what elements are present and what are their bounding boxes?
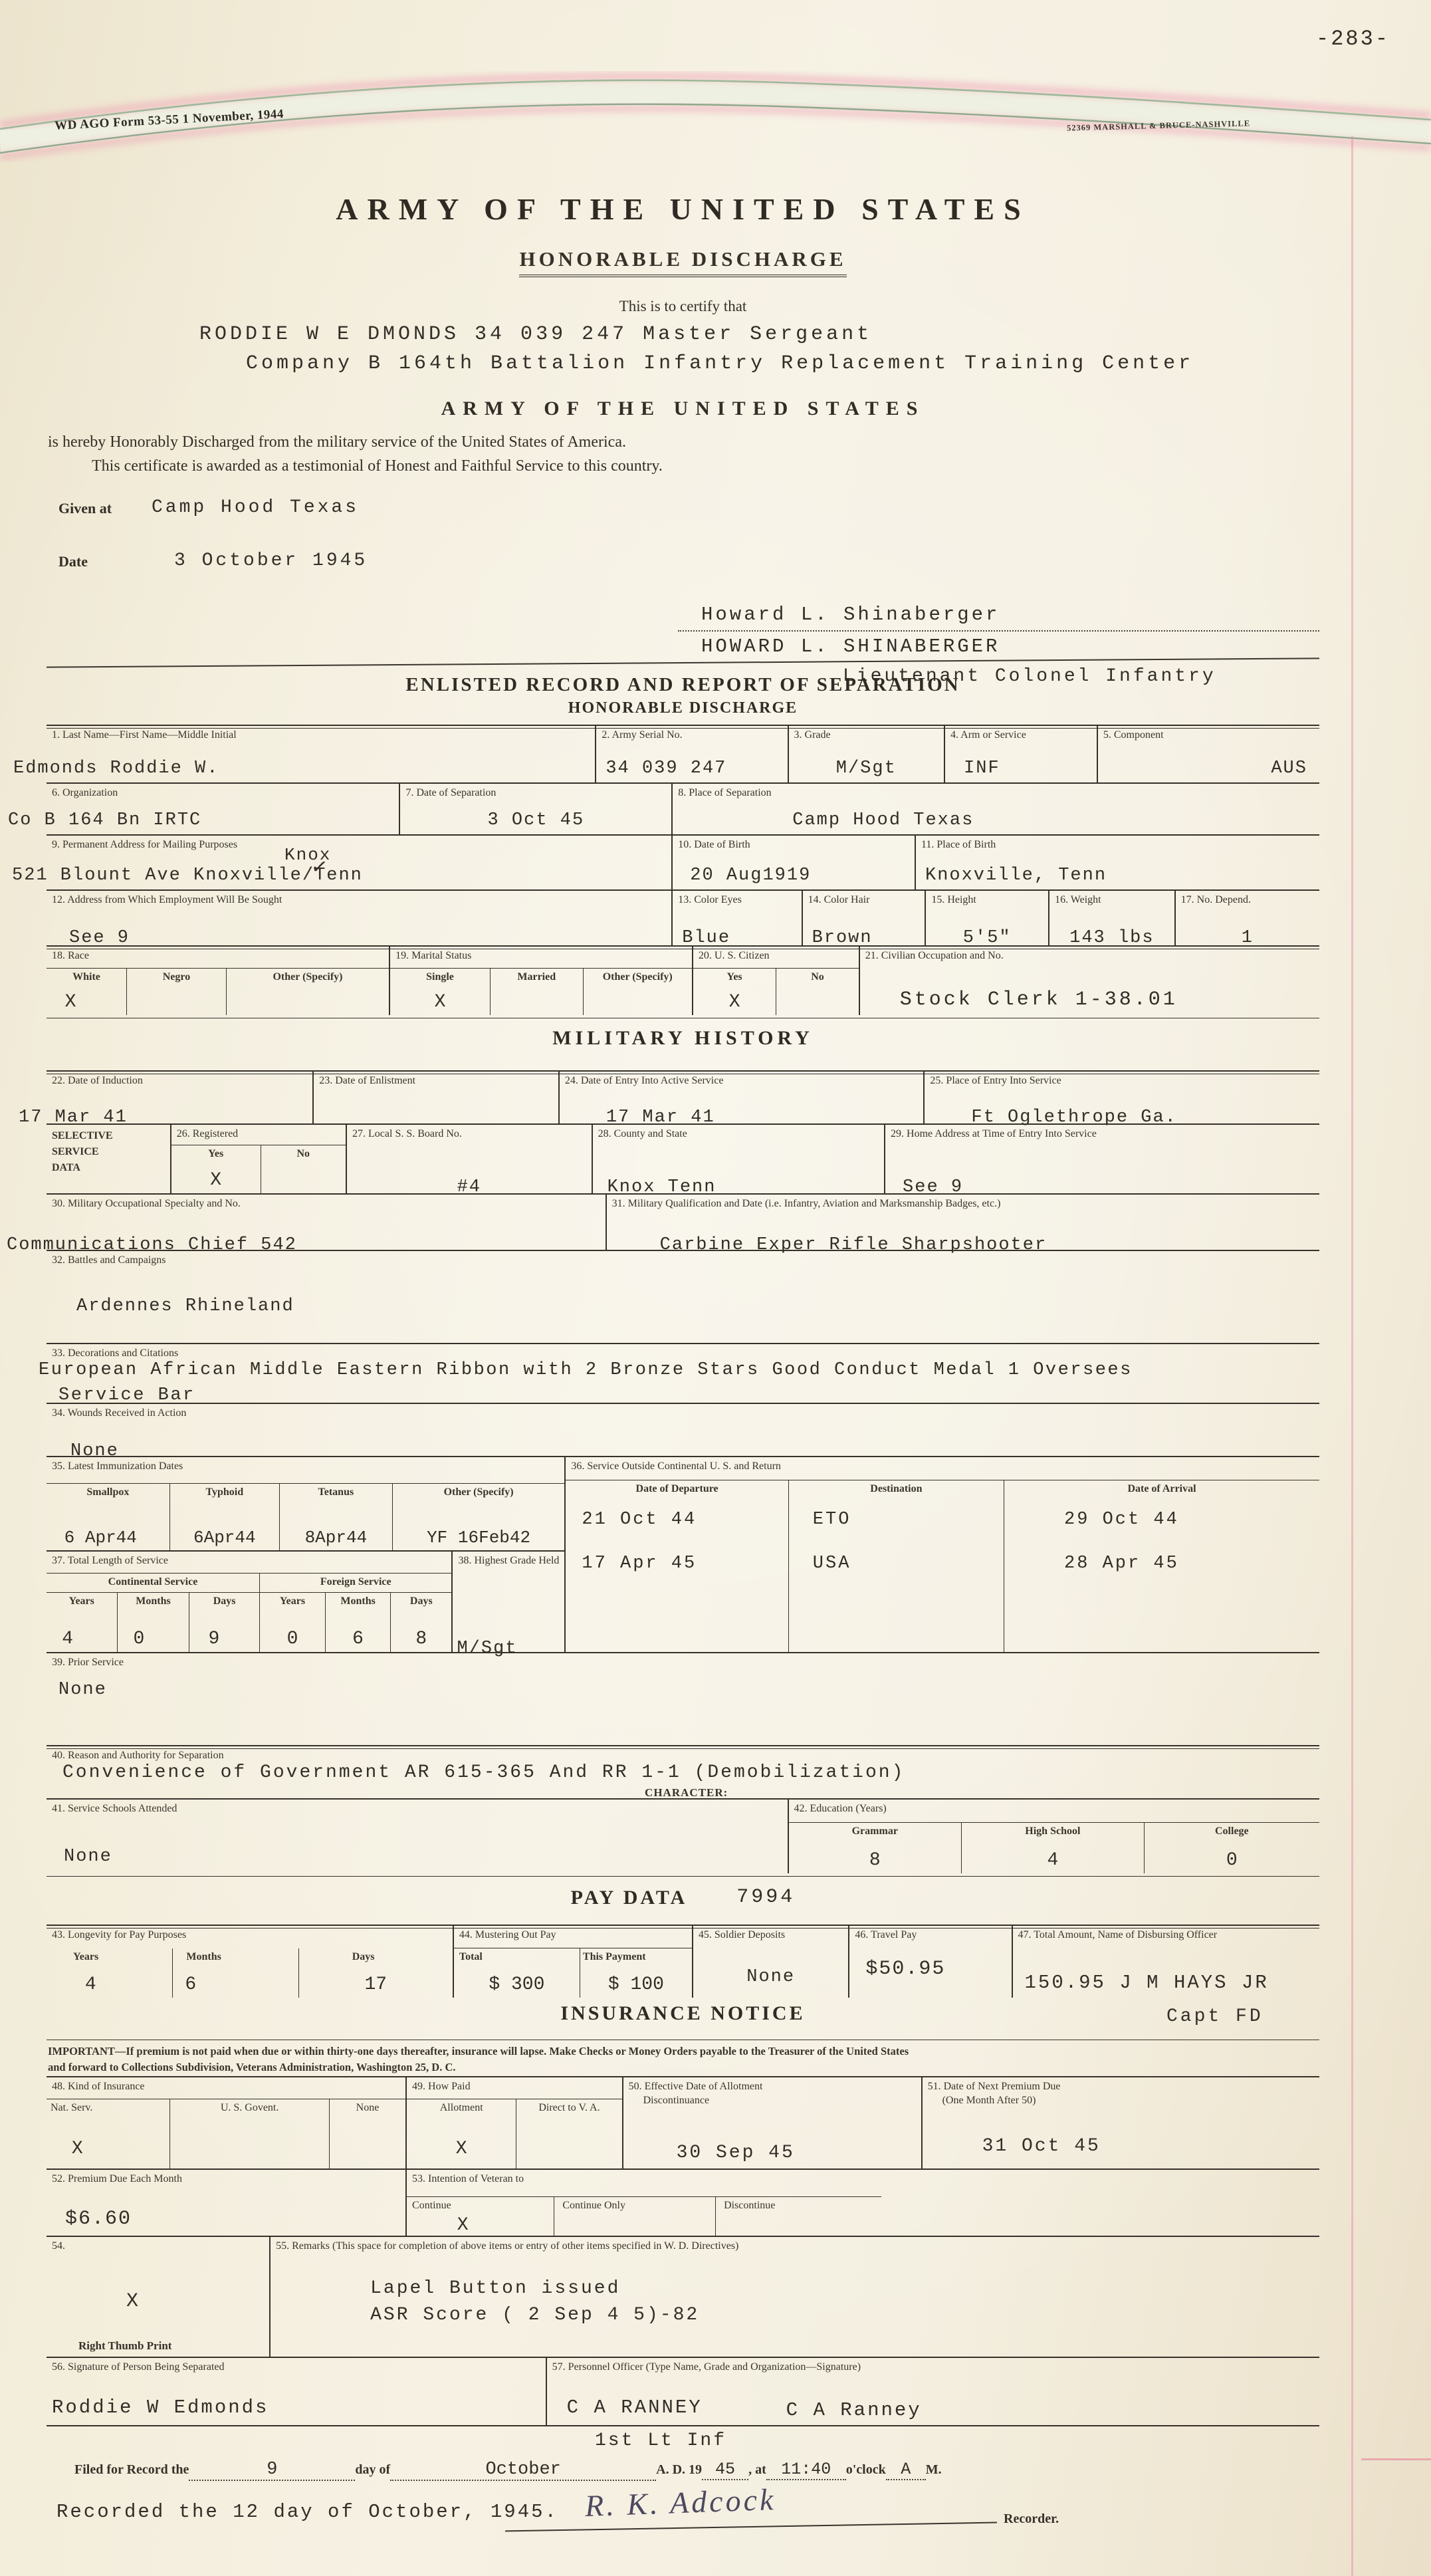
box-48-col-usgovt: U. S. Govent. xyxy=(170,2099,329,2114)
box-18-col-white: White xyxy=(47,969,126,983)
box-6: 6. Organization Co B 164 Bn IRTC xyxy=(47,784,399,834)
soldier-line: RODDIE W E DMONDS 34 039 247 Master Serg… xyxy=(199,323,872,346)
box-24: 24. Date of Entry Into Active Service 17… xyxy=(558,1072,924,1123)
box-26-col-yes: Yes xyxy=(171,1145,261,1160)
box-39: 39. Prior Service None xyxy=(47,1653,1319,1745)
box-36-r1c1: 21 Oct 44 xyxy=(582,1510,697,1530)
box-35-v4: YF 16Feb42 xyxy=(427,1528,530,1548)
box-37: 37. Total Length of Service Continental … xyxy=(47,1552,451,1652)
box-42-label: 42. Education (Years) xyxy=(794,1803,887,1815)
unit-line: Company B 164th Battalion Infantry Repla… xyxy=(246,352,1194,375)
officer-name-caps: HOWARD L. SHINABERGER xyxy=(701,636,1000,657)
box-41: 41. Service Schools Attended None xyxy=(47,1800,788,1873)
box-54-label: 54. xyxy=(52,2240,65,2252)
box-17: 17. No. Depend. 1 xyxy=(1174,891,1319,945)
box-38: 38. Highest Grade Held M/Sgt xyxy=(451,1552,564,1652)
form-row-9: 32. Battles and Campaigns Ardennes Rhine… xyxy=(47,1250,1319,1343)
box-21-value: Stock Clerk 1-38.01 xyxy=(900,989,1178,1011)
filed-for-record-line: Filed for Record the9day ofOctoberA. D. … xyxy=(74,2460,1071,2481)
box-37-f1: 0 xyxy=(287,1629,298,1649)
box-22: 22. Date of Induction 17 Mar 41 xyxy=(47,1072,312,1123)
box-13-label: 13. Color Eyes xyxy=(678,894,742,906)
box-12-label: 12. Address from Which Employment Will B… xyxy=(52,894,282,906)
box-4-value: INF xyxy=(964,759,1000,778)
recorder-signature: R. K. Adcock xyxy=(584,2482,776,2523)
box-43-col-days: Days xyxy=(299,1948,453,1963)
box-35-v3: 8Apr44 xyxy=(305,1528,368,1548)
box-37-c2: 0 xyxy=(134,1629,145,1649)
record-title: ENLISTED RECORD AND REPORT OF SEPARATION xyxy=(47,674,1319,696)
box-33-value-line1: European African Middle Eastern Ribbon w… xyxy=(39,1360,1133,1380)
selective-service-label: SELECTIVE SERVICE DATA xyxy=(47,1125,170,1193)
box-46: 46. Travel Pay $50.95 xyxy=(848,1926,1011,1998)
box-43-col-months: Months xyxy=(173,1948,298,1963)
box-57-label: 57. Personnel Officer (Type Name, Grade … xyxy=(552,2361,861,2373)
thumb-print-label: Right Thumb Print xyxy=(78,2339,171,2353)
pink-mark xyxy=(1361,2458,1431,2460)
box-45-label: 45. Soldier Deposits xyxy=(699,1929,785,1941)
record-subtitle: HONORABLE DISCHARGE xyxy=(47,699,1319,717)
box-43-col-years: Years xyxy=(47,1948,172,1963)
box-43-v3: 17 xyxy=(364,1974,387,1995)
filed-ampm: A xyxy=(886,2460,926,2480)
form-row-20: 56. Signature of Person Being Separated … xyxy=(47,2357,1319,2426)
box-21-label: 21. Civilian Occupation and No. xyxy=(865,950,1004,962)
box-34-label: 34. Wounds Received in Action xyxy=(52,1407,186,1419)
box-36-label: 36. Service Outside Continental U. S. an… xyxy=(571,1461,781,1472)
box-21: 21. Civilian Occupation and No. Stock Cl… xyxy=(859,947,1319,1015)
box-48-col-natserv: Nat. Serv. xyxy=(47,2099,169,2114)
box-42-v2: 4 xyxy=(1047,1850,1058,1871)
box-49-col-allotment: Allotment xyxy=(407,2099,516,2114)
box-4: 4. Arm or Service INF xyxy=(944,726,1097,782)
box-52-value: $6.60 xyxy=(65,2208,132,2230)
box-10-value: 20 Aug1919 xyxy=(690,866,811,885)
box-57: 57. Personnel Officer (Type Name, Grade … xyxy=(546,2358,1319,2425)
box-53-col-discontinue: Discontinue xyxy=(716,2197,881,2212)
signature-dotted-rule xyxy=(678,630,1319,632)
filed-day: 9 xyxy=(189,2460,355,2481)
insurance-notice-heading: INSURANCE NOTICE xyxy=(47,2002,1319,2025)
box-19-col-married: Married xyxy=(491,969,583,983)
officer-signature-typed: Howard L. Shinaberger xyxy=(701,604,1000,626)
filed-at: , at xyxy=(748,2462,766,2477)
box-56-value: Roddie W Edmonds xyxy=(52,2397,269,2418)
box-45-value: None xyxy=(746,1967,795,1987)
box-44-v2: $ 100 xyxy=(608,1974,664,1995)
box-49: 49. How Paid Allotment X Direct to V. A. xyxy=(405,2077,622,2168)
box-44-label: 44. Mustering Out Pay xyxy=(459,1929,556,1941)
box-9: 9. Permanent Address for Mailing Purpose… xyxy=(47,836,671,889)
page-edge-band xyxy=(0,0,1431,199)
box-36-r1c3: 29 Oct 44 xyxy=(1064,1510,1179,1530)
box-34: 34. Wounds Received in Action None xyxy=(47,1404,1319,1456)
box-35: 35. Latest Immunization Dates Smallpox 6… xyxy=(47,1457,564,1550)
margin-line xyxy=(1351,136,1353,2576)
box-50-label2: Discontinuance xyxy=(643,2095,710,2107)
box-55-value2: ASR Score ( 2 Sep 4 5)-82 xyxy=(370,2305,699,2325)
box-33: 33. Decorations and Citations European A… xyxy=(47,1344,1319,1403)
box-17-label: 17. No. Depend. xyxy=(1181,894,1251,906)
box-57-title: 1st Lt Inf xyxy=(595,2430,726,2451)
box-19-mark: X xyxy=(435,992,446,1012)
box-45: 45. Soldier Deposits None xyxy=(692,1926,849,1998)
form-row-19: 54. X Right Thumb Print 55. Remarks (Thi… xyxy=(47,2236,1319,2357)
box-2-value: 34 039 247 xyxy=(605,759,726,778)
box-5: 5. Component AUS xyxy=(1097,726,1319,782)
box-49-label: 49. How Paid xyxy=(412,2081,471,2093)
box-2: 2. Army Serial No. 34 039 247 xyxy=(595,726,787,782)
box-36-r2c3: 28 Apr 45 xyxy=(1064,1554,1179,1574)
box-6-value: Co B 164 Bn IRTC xyxy=(8,810,201,830)
military-history-heading: MILITARY HISTORY xyxy=(47,1027,1319,1050)
date-label: Date xyxy=(58,553,88,570)
box-28: 28. County and State Knox Tenn xyxy=(592,1125,884,1193)
box-9-value: 521 Blount Ave Knoxville/Tenn xyxy=(12,866,363,885)
box-37-c3: 9 xyxy=(209,1629,220,1649)
box-56-label: 56. Signature of Person Being Separated xyxy=(52,2361,225,2373)
box-35-col-other: Other (Specify) xyxy=(393,1484,565,1498)
box-53: 53. Intention of Veteran to Continue X C… xyxy=(405,2170,1319,2236)
filed-oclock: o'clock xyxy=(846,2462,886,2477)
form-row-11: 34. Wounds Received in Action None xyxy=(47,1403,1319,1456)
ssd-line3: DATA xyxy=(52,1160,113,1176)
form-row-1: 1. Last Name—First Name—Middle Initial E… xyxy=(47,725,1319,782)
box-35-v2: 6Apr44 xyxy=(193,1528,256,1548)
pay-data-heading: PAY DATA xyxy=(571,1887,688,1909)
important-line2: and forward to Collections Subdivision, … xyxy=(48,2061,456,2074)
box-33-label: 33. Decorations and Citations xyxy=(52,1347,178,1359)
box-37-sub-months2: Months xyxy=(326,1593,390,1607)
box-48-col-none: None xyxy=(330,2099,405,2114)
box-37-group-foreign: Foreign Service xyxy=(260,1574,451,1588)
box-18-mark: X xyxy=(65,992,76,1012)
box-18: 18. Race White X Negro Other (Specify) xyxy=(47,947,389,1015)
box-15-label: 15. Height xyxy=(931,894,976,906)
box-20-label: 20. U. S. Citizen xyxy=(699,950,770,962)
filed-month: October xyxy=(390,2460,656,2481)
given-at-value: Camp Hood Texas xyxy=(152,497,359,518)
box-37-sub-years2: Years xyxy=(260,1593,325,1607)
recorder-signature-rule xyxy=(505,2522,997,2532)
box-23-label: 23. Date of Enlistment xyxy=(319,1075,415,1087)
box-8-value: Camp Hood Texas xyxy=(792,810,974,830)
box-16: 16. Weight 143 lbs xyxy=(1048,891,1174,945)
box-50-value: 30 Sep 45 xyxy=(677,2143,795,2163)
box-47: 47. Total Amount, Name of Disbursing Off… xyxy=(1012,1926,1319,1998)
box-7-value: 3 Oct 45 xyxy=(488,810,585,830)
form-row-5: 18. Race White X Negro Other (Specify) 1… xyxy=(47,945,1319,1015)
box-49-mark: X xyxy=(456,2139,467,2159)
box-37-sub-days2: Days xyxy=(391,1593,451,1607)
box-40: 40. Reason and Authority for Separation … xyxy=(47,1746,1319,1798)
box-53-mark: X xyxy=(457,2215,469,2236)
box-39-label: 39. Prior Service xyxy=(52,1657,124,1669)
rule-under-row5 xyxy=(47,1018,1319,1018)
box-41-label: 41. Service Schools Attended xyxy=(52,1803,177,1815)
box-2-label: 2. Army Serial No. xyxy=(602,729,682,741)
box-47-label: 47. Total Amount, Name of Disbursing Off… xyxy=(1018,1929,1301,1941)
pay-data-heading-row: PAY DATA 7994 xyxy=(47,1887,1319,1911)
box-10: 10. Date of Birth 20 Aug1919 xyxy=(671,836,915,889)
discharge-document-page: -283- WD AGO Form 53-55 1 November, 1944… xyxy=(0,0,1431,2576)
box-29: 29. Home Address at Time of Entry Into S… xyxy=(884,1125,1319,1193)
box-9-label: 9. Permanent Address for Mailing Purpose… xyxy=(52,839,237,851)
box-30: 30. Military Occupational Specialty and … xyxy=(47,1195,605,1250)
form-row-8: 30. Military Occupational Specialty and … xyxy=(47,1193,1319,1250)
box-42-col-college: College xyxy=(1145,1823,1319,1837)
box-57-typed: C A RANNEY xyxy=(567,2397,703,2418)
box-37-38-group: 37. Total Length of Service Continental … xyxy=(47,1550,564,1652)
box-53-col-continue: Continue xyxy=(407,2197,554,2212)
box-54: 54. X Right Thumb Print xyxy=(47,2237,269,2357)
box-42-v1: 8 xyxy=(869,1850,881,1871)
box-46-value: $50.95 xyxy=(865,1958,945,1980)
form-row-4: 12. Address from Which Employment Will B… xyxy=(47,889,1319,945)
box-19-col-other: Other (Specify) xyxy=(584,969,692,983)
box-43-v2: 6 xyxy=(185,1974,196,1995)
pay-data-number: 7994 xyxy=(736,1886,795,1909)
box-40-label: 40. Reason and Authority for Separation xyxy=(52,1750,224,1762)
certificate-subtitle: HONORABLE DISCHARGE xyxy=(519,247,846,277)
box-4-label: 4. Arm or Service xyxy=(950,729,1026,741)
box-35-v1: 6 Apr44 xyxy=(64,1528,137,1548)
box-37-c1: 4 xyxy=(62,1629,73,1649)
box-41-value: None xyxy=(64,1847,112,1867)
army-line: ARMY OF THE UNITED STATES xyxy=(47,398,1319,420)
box-15: 15. Height 5'5" xyxy=(925,891,1048,945)
box-3-label: 3. Grade xyxy=(794,729,831,741)
form-row-17: 48. Kind of Insurance Nat. Serv. X U. S.… xyxy=(47,2076,1319,2168)
box-28-label: 28. County and State xyxy=(598,1128,687,1140)
box-30-label: 30. Military Occupational Specialty and … xyxy=(52,1198,241,1210)
box-37-sub-days: Days xyxy=(189,1593,259,1607)
box-37-f2: 6 xyxy=(352,1629,364,1649)
given-at-label: Given at xyxy=(58,500,112,517)
box-26-label: 26. Registered xyxy=(177,1128,238,1140)
box-40-value: Convenience of Government AR 615-365 And… xyxy=(62,1762,905,1783)
box-18-col-negro: Negro xyxy=(127,969,226,983)
form-row-18: 52. Premium Due Each Month $6.60 53. Int… xyxy=(47,2168,1319,2236)
box-50-label: 50. Effective Date of Allotment xyxy=(629,2081,763,2093)
box-1: 1. Last Name—First Name—Middle Initial E… xyxy=(47,726,595,782)
recorder-label: Recorder. xyxy=(1004,2512,1059,2527)
box-35-col-typhoid: Typhoid xyxy=(170,1484,279,1498)
box-39-value: None xyxy=(58,1680,107,1700)
box-50: 50. Effective Date of Allotment Disconti… xyxy=(622,2077,921,2168)
box-35-col-tetanus: Tetanus xyxy=(280,1484,392,1498)
box-56: 56. Signature of Person Being Separated … xyxy=(47,2358,546,2425)
box-42-col-grammar: Grammar xyxy=(789,1823,962,1837)
box-23: 23. Date of Enlistment xyxy=(312,1072,558,1123)
discharge-line: is hereby Honorably Discharged from the … xyxy=(48,433,626,451)
box-44: 44. Mustering Out Pay Total $ 300 This P… xyxy=(453,1926,692,1998)
box-3: 3. Grade M/Sgt xyxy=(788,726,944,782)
ssd-line2: SERVICE xyxy=(52,1144,113,1160)
box-42: 42. Education (Years) Grammar 8 High Sch… xyxy=(788,1800,1319,1873)
box-27-label: 27. Local S. S. Board No. xyxy=(352,1128,462,1140)
box-51-value: 31 Oct 45 xyxy=(982,2136,1101,2157)
box-55-value1: Lapel Button issued xyxy=(370,2278,620,2299)
box-53-col-continueonly: Continue Only xyxy=(554,2197,715,2212)
box-35-label: 35. Latest Immunization Dates xyxy=(52,1461,183,1472)
box-37-f3: 8 xyxy=(415,1629,427,1649)
box-20-mark: X xyxy=(729,992,740,1012)
box-11: 11. Place of Birth Knoxville, Tenn xyxy=(915,836,1319,889)
box-20: 20. U. S. Citizen Yes X No xyxy=(692,947,859,1015)
box-26-mark: X xyxy=(210,1170,221,1191)
box-43: 43. Longevity for Pay Purposes Years 4 M… xyxy=(47,1926,453,1998)
box-18-col-other: Other (Specify) xyxy=(227,969,389,983)
box-1-label: 1. Last Name—First Name—Middle Initial xyxy=(52,729,237,741)
box-53-label: 53. Intention of Veteran to xyxy=(412,2173,524,2185)
box-20-col-yes: Yes xyxy=(693,969,776,983)
box-24-label: 24. Date of Entry Into Active Service xyxy=(565,1075,724,1087)
form-row-3: 9. Permanent Address for Mailing Purpose… xyxy=(47,834,1319,889)
form-row-14: 40. Reason and Authority for Separation … xyxy=(47,1745,1319,1798)
box-31: 31. Military Qualification and Date (i.e… xyxy=(605,1195,1319,1250)
box-42-col-highschool: High School xyxy=(962,1823,1144,1837)
box-52: 52. Premium Due Each Month $6.60 xyxy=(47,2170,405,2236)
form-row-15: 41. Service Schools Attended None 42. Ed… xyxy=(47,1798,1319,1873)
box-26: 26. Registered Yes X No xyxy=(170,1125,346,1193)
box-16-label: 16. Weight xyxy=(1055,894,1101,906)
box-57-signed: C A Ranney xyxy=(786,2399,922,2421)
box-12: 12. Address from Which Employment Will B… xyxy=(47,891,671,945)
box-5-value: AUS xyxy=(1271,759,1307,778)
box-37-sub-months: Months xyxy=(118,1593,189,1607)
box-36-col-destination: Destination xyxy=(789,1480,1004,1495)
box-51: 51. Date of Next Premium Due (One Month … xyxy=(921,2077,1319,2168)
form-row-10: 33. Decorations and Citations European A… xyxy=(47,1343,1319,1403)
box-36-col-arrival: Date of Arrival xyxy=(1004,1480,1319,1495)
form-row-12: 35. Latest Immunization Dates Smallpox 6… xyxy=(47,1456,1319,1652)
box-46-label: 46. Travel Pay xyxy=(855,1929,917,1941)
box-1-value: Edmonds Roddie W. xyxy=(13,759,219,778)
box-8-label: 8. Place of Separation xyxy=(678,787,771,799)
box-36-r1c2: ETO xyxy=(813,1510,851,1530)
box-43-v1: 4 xyxy=(85,1974,96,1995)
box-19: 19. Marital Status Single X Married Othe… xyxy=(389,947,692,1015)
box-7: 7. Date of Separation 3 Oct 45 xyxy=(399,784,671,834)
certificate-title: ARMY OF THE UNITED STATES xyxy=(47,191,1319,227)
box-36: 36. Service Outside Continental U. S. an… xyxy=(564,1457,1319,1652)
box-32-value: Ardennes Rhineland xyxy=(76,1296,294,1316)
left-column-35-37-38: 35. Latest Immunization Dates Smallpox 6… xyxy=(47,1457,564,1652)
box-48-label: 48. Kind of Insurance xyxy=(52,2081,145,2093)
box-51-label: 51. Date of Next Premium Due xyxy=(928,2081,1061,2093)
box-3-value: M/Sgt xyxy=(836,759,897,778)
filed-m: M. xyxy=(926,2462,942,2477)
box-10-label: 10. Date of Birth xyxy=(678,839,750,851)
box-22-label: 22. Date of Induction xyxy=(52,1075,143,1087)
date-value: 3 October 1945 xyxy=(174,550,368,571)
box-19-label: 19. Marital Status xyxy=(395,950,471,962)
box-36-r2c1: 17 Apr 45 xyxy=(582,1554,697,1574)
box-25: 25. Place of Entry Into Service Ft Oglet… xyxy=(923,1072,1319,1123)
testimonial-line: This certificate is awarded as a testimo… xyxy=(92,457,663,475)
box-20-col-no: No xyxy=(776,969,858,983)
box-37-sub-years: Years xyxy=(47,1593,117,1607)
form-row-7: SELECTIVE SERVICE DATA 26. Registered Ye… xyxy=(47,1123,1319,1193)
filed-ad: A. D. 19 xyxy=(656,2462,702,2477)
box-36-col-departure: Date of Departure xyxy=(566,1480,788,1495)
box-54-mark: X xyxy=(126,2290,138,2313)
box-42-v3: 0 xyxy=(1226,1850,1238,1871)
box-44-col-total: Total xyxy=(454,1948,580,1963)
box-7-label: 7. Date of Separation xyxy=(405,787,496,799)
ssd-line1: SELECTIVE xyxy=(52,1128,113,1144)
box-32-label: 32. Battles and Campaigns xyxy=(52,1254,166,1266)
box-31-label: 31. Military Qualification and Date (i.e… xyxy=(612,1198,1001,1210)
character-label: CHARACTER: xyxy=(645,1786,728,1800)
box-25-label: 25. Place of Entry Into Service xyxy=(930,1075,1061,1087)
box-11-label: 11. Place of Birth xyxy=(921,839,996,851)
box-5-label: 5. Component xyxy=(1103,729,1164,741)
box-8: 8. Place of Separation Camp Hood Texas xyxy=(671,784,1319,834)
important-line1: IMPORTANT—If premium is not paid when du… xyxy=(48,2045,909,2058)
form-row-13: 39. Prior Service None xyxy=(47,1652,1319,1745)
box-14: 14. Color Hair Brown xyxy=(802,891,925,945)
box-48: 48. Kind of Insurance Nat. Serv. X U. S.… xyxy=(47,2077,405,2168)
box-52-label: 52. Premium Due Each Month xyxy=(52,2173,182,2185)
box-44-v1: $ 300 xyxy=(489,1974,544,1995)
box-27: 27. Local S. S. Board No. #4 xyxy=(346,1125,592,1193)
box-43-label: 43. Longevity for Pay Purposes xyxy=(52,1929,186,1941)
box-37-label: 37. Total Length of Service xyxy=(52,1555,168,1567)
certify-line: This is to certify that xyxy=(47,298,1319,315)
rule-under-row15 xyxy=(47,1876,1319,1877)
box-44-col-payment: This Payment xyxy=(580,1948,692,1963)
box-47-value: 150.95 J M HAYS JR xyxy=(1025,1972,1269,1994)
box-14-label: 14. Color Hair xyxy=(808,894,870,906)
rule-above-important xyxy=(47,2040,1319,2040)
box-26-col-no: No xyxy=(261,1145,346,1160)
box-38-label: 38. Highest Grade Held xyxy=(458,1555,559,1567)
box-36-r2c2: USA xyxy=(813,1554,851,1574)
box-13: 13. Color Eyes Blue xyxy=(671,891,801,945)
filed-dayof: day of xyxy=(355,2462,390,2477)
box-55-label: 55. Remarks (This space for completion o… xyxy=(276,2240,738,2252)
form-row-16: 43. Longevity for Pay Purposes Years 4 M… xyxy=(47,1925,1319,1998)
filed-year: 45 xyxy=(702,2460,748,2480)
box-11-value: Knoxville, Tenn xyxy=(925,866,1107,885)
form-row-2: 6. Organization Co B 164 Bn IRTC 7. Date… xyxy=(47,782,1319,834)
box-55: 55. Remarks (This space for completion o… xyxy=(269,2237,1319,2357)
box-49-col-direct: Direct to V. A. xyxy=(516,2099,621,2114)
box-19-col-single: Single xyxy=(390,969,490,983)
box-32: 32. Battles and Campaigns Ardennes Rhine… xyxy=(47,1251,1319,1343)
box-35-col-smallpox: Smallpox xyxy=(47,1484,169,1498)
box-48-mark: X xyxy=(72,2139,83,2159)
filed-prefix: Filed for Record the xyxy=(74,2462,189,2477)
form-row-6: 22. Date of Induction 17 Mar 41 23. Date… xyxy=(47,1070,1319,1123)
recorded-line: Recorded the 12 day of October, 1945. xyxy=(56,2501,558,2523)
filed-time: 11:40 xyxy=(766,2460,846,2480)
box-37-group-continental: Continental Service xyxy=(47,1574,259,1588)
box-51-label2: (One Month After 50) xyxy=(942,2095,1036,2107)
box-6-label: 6. Organization xyxy=(52,787,118,799)
box-18-label: 18. Race xyxy=(52,950,89,962)
box-29-label: 29. Home Address at Time of Entry Into S… xyxy=(891,1128,1097,1140)
